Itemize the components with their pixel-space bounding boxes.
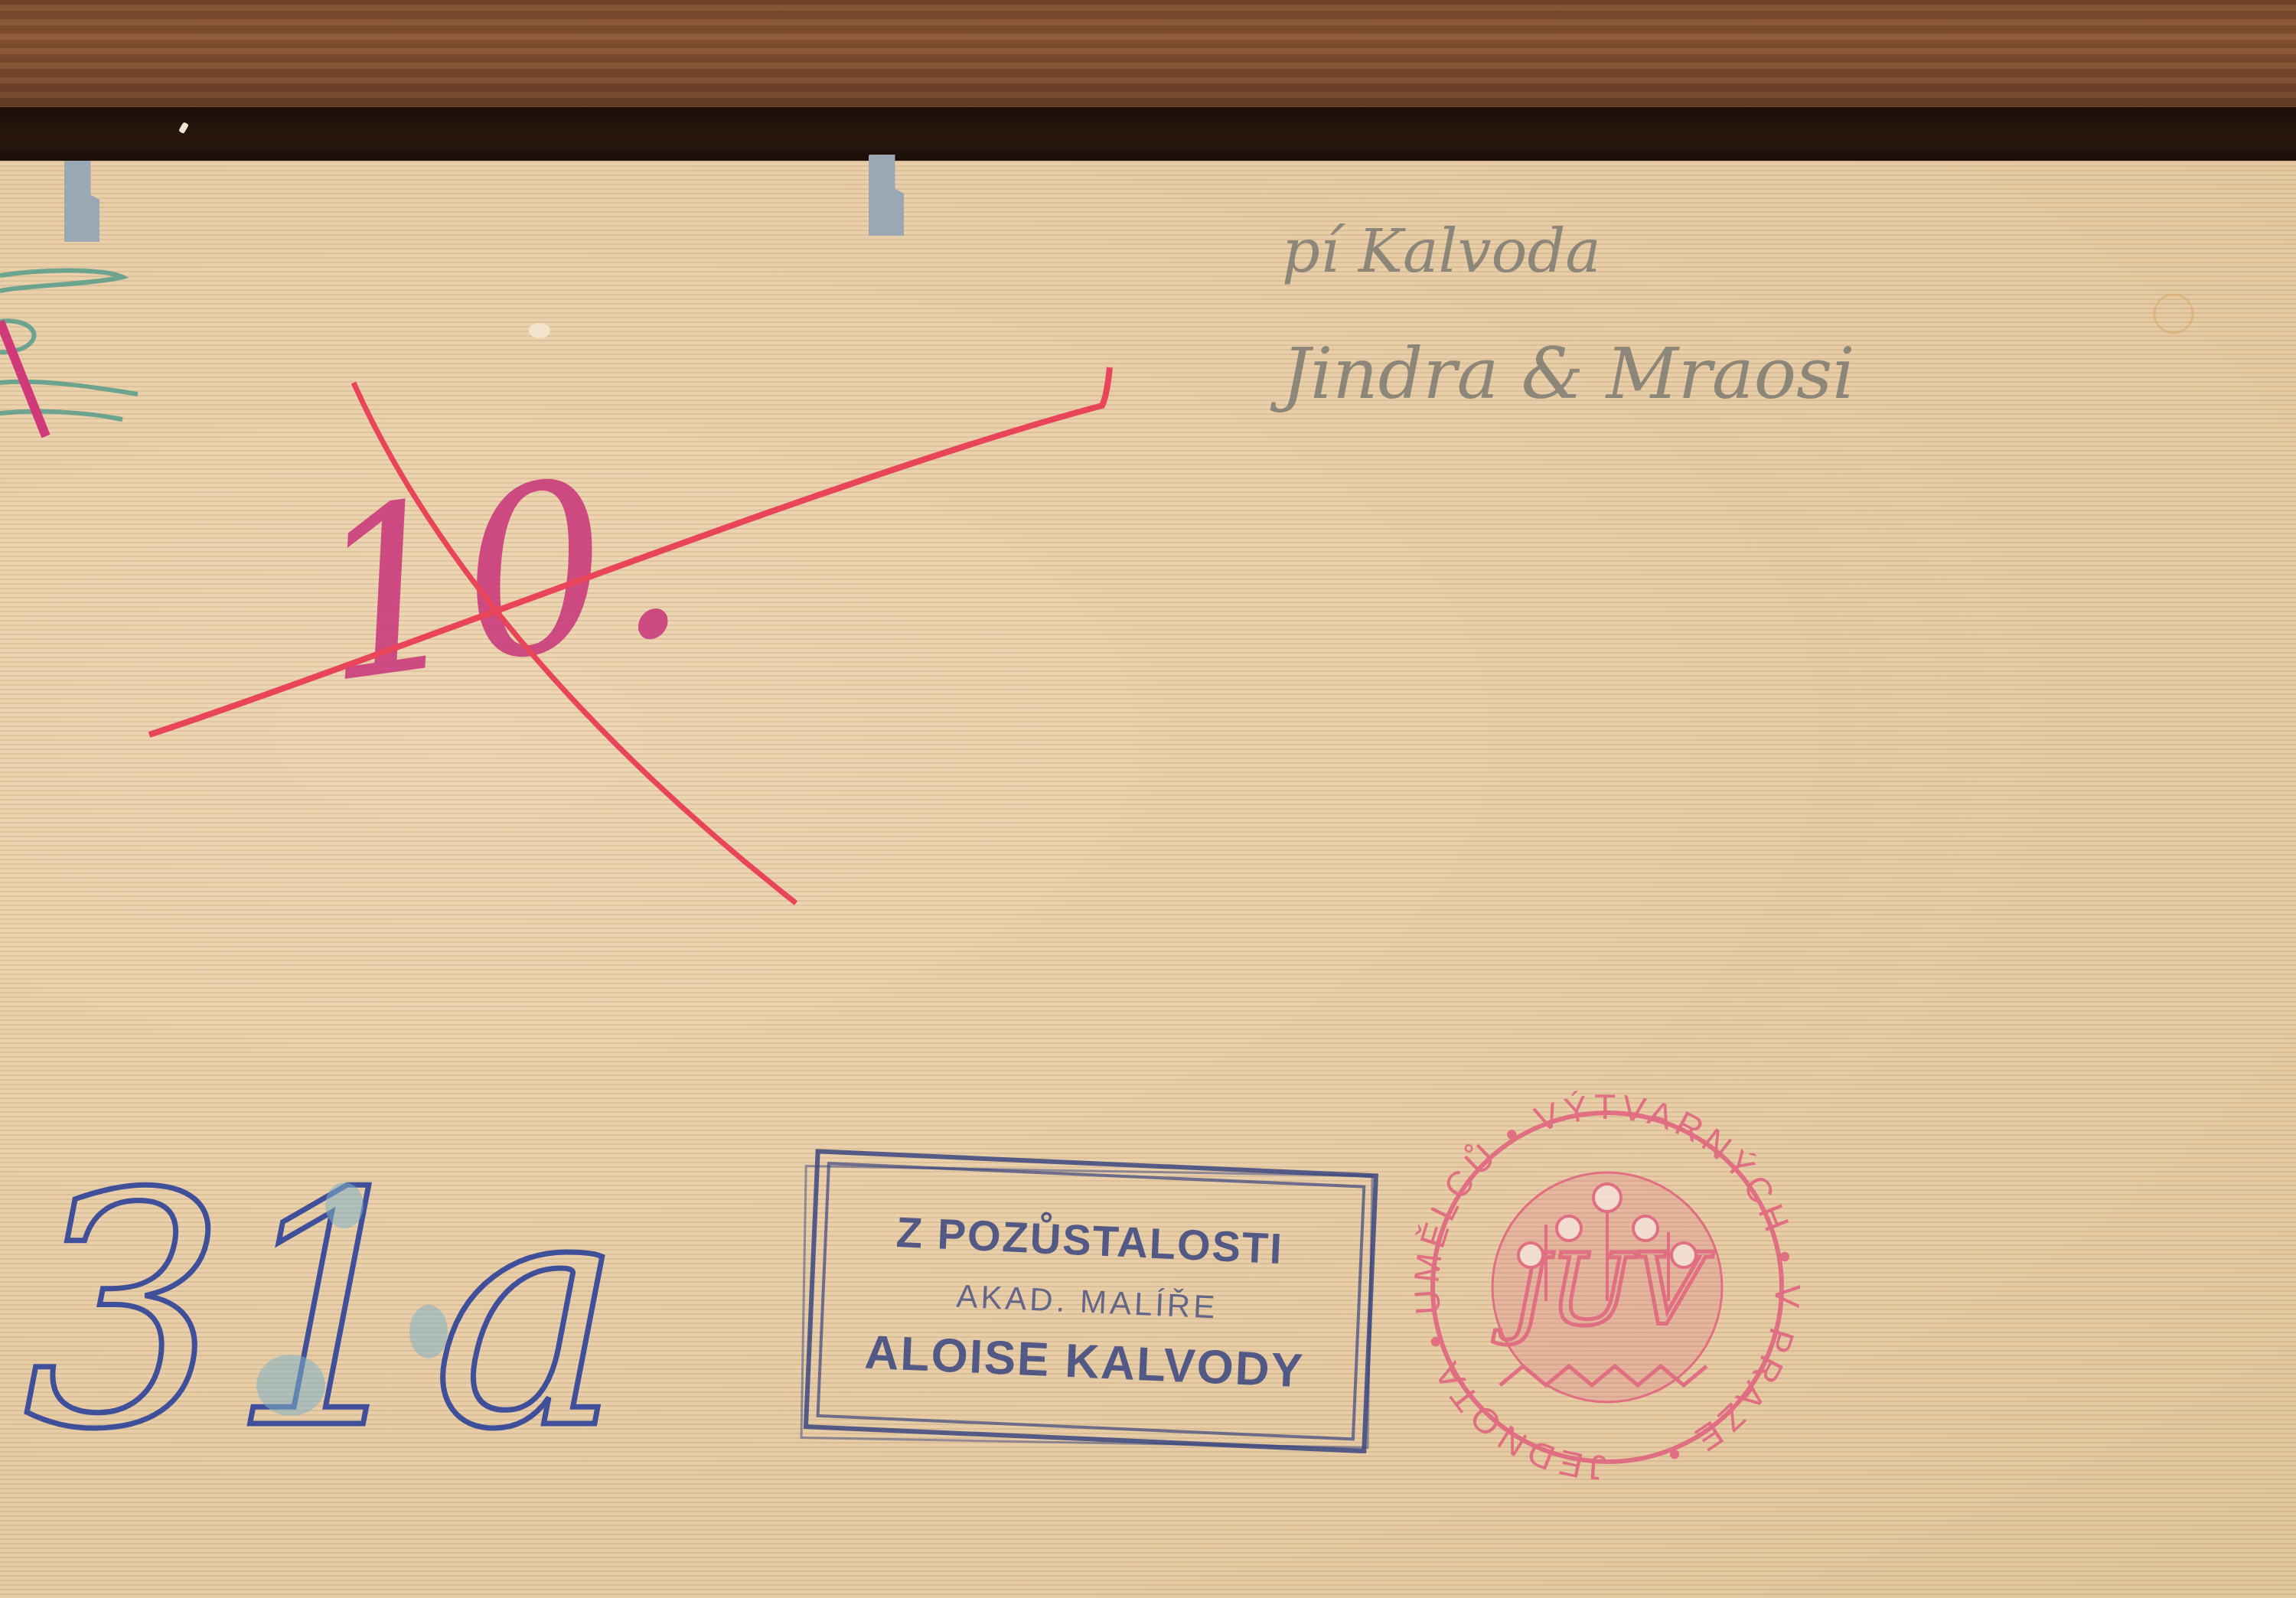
pencil-line-1: pí Kalvoda — [1282, 217, 1601, 286]
estate-stamp-line-1: Z POZŮSTALOSTI — [895, 1205, 1284, 1273]
pink-crayon-stroke — [0, 321, 46, 436]
blue-number-text: 31a — [23, 1126, 624, 1500]
blue-number: 31a — [23, 1126, 624, 1500]
stain — [2154, 295, 2193, 333]
ink-blot — [409, 1305, 448, 1358]
estate-stamp: Z POZŮSTALOSTI AKAD. MALÍŘE ALOISE KALVO… — [794, 1151, 1380, 1463]
society-stamp: JEDNOTA • UMĚLCŮ • VÝTVARNÝCH • V PRAZE … — [1406, 1087, 1808, 1488]
crossed-out-number: 10. — [149, 367, 1110, 903]
pencil-line-2: Jindra & Mraosi — [1270, 333, 1855, 415]
pencil-inscription: pí Kalvoda Jindra & Mraosi — [1270, 217, 1855, 415]
estate-stamp-line-2: AKAD. MALÍŘE — [956, 1278, 1219, 1326]
green-crayon-marks — [0, 270, 138, 419]
estate-stamp-line-3: ALOISE KALVODY — [863, 1326, 1305, 1397]
markings-layer: pí Kalvoda Jindra & Mraosi 10. 31a Z POZ… — [0, 0, 2296, 1598]
red-number: 10. — [299, 419, 698, 735]
ink-blot — [256, 1355, 325, 1416]
ink-blot — [325, 1182, 364, 1228]
glue-spot — [529, 323, 550, 338]
